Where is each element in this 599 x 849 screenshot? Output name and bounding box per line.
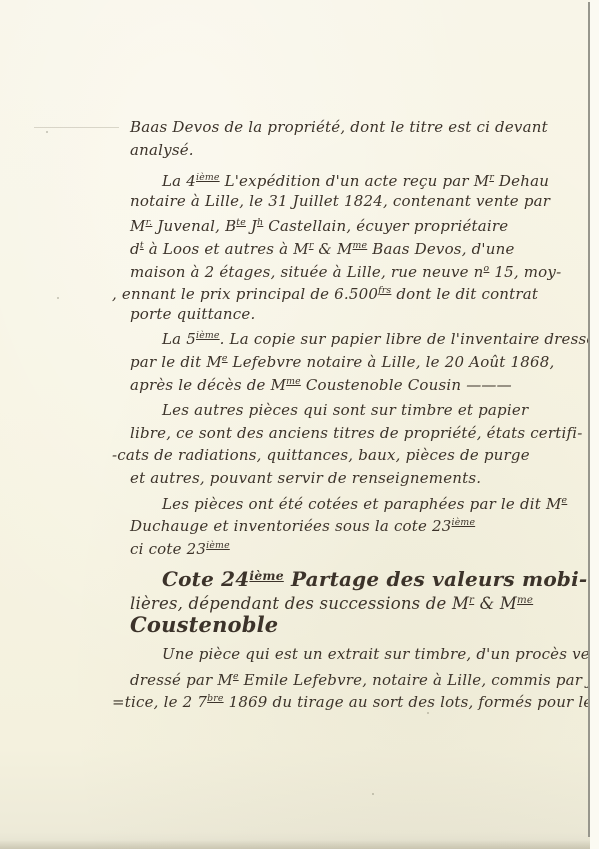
text-segment: & M xyxy=(313,240,352,258)
text-segment: L'expédition d'un acte reçu par M xyxy=(220,172,490,190)
manuscript-line: après le décès de Mme Coustenoble Cousin… xyxy=(130,371,550,394)
text-segment: Castellain, écuyer propriétaire xyxy=(263,217,508,235)
text-segment: La 4 xyxy=(162,172,196,190)
page-edge-line xyxy=(588,2,590,837)
manuscript-line: =tice, le 2 7bre 1869 du tirage au sort … xyxy=(112,688,550,711)
text-segment: Baas Devos de la propriété, dont le titr… xyxy=(130,118,548,136)
text-segment: dont le dit contrat xyxy=(391,285,538,303)
text-segment: ci cote 23 xyxy=(130,540,206,558)
text-segment: à Loos et autres à M xyxy=(144,240,309,258)
manuscript-line: notaire à Lille, le 31 Juillet 1824, con… xyxy=(130,190,550,213)
manuscript-line: Baas Devos de la propriété, dont le titr… xyxy=(130,116,550,139)
manuscript-line: Mr. Juvenal, Bte Jh Castellain, écuyer p… xyxy=(130,212,550,235)
faint-crease-mark xyxy=(34,127,119,128)
text-segment: La 5 xyxy=(162,330,196,348)
text-segment: 1869 du tirage au sort des lots, formés … xyxy=(224,693,593,711)
text-segment: , ennant le prix principal de 6.500 xyxy=(112,285,378,303)
superscript-abbreviation: bre xyxy=(207,693,224,704)
text-segment: Une pièce qui est un extrait sur timbre,… xyxy=(162,645,599,663)
superscript-abbreviation: me xyxy=(517,595,533,606)
text-segment: porte quittance. xyxy=(130,305,255,323)
text-segment: dressé par M xyxy=(130,671,233,689)
page-bottom-shadow xyxy=(0,840,590,849)
superscript-abbreviation: me xyxy=(286,376,301,387)
superscript-abbreviation: me xyxy=(353,240,368,251)
text-segment: Coustenoble xyxy=(130,612,278,637)
text-segment: Dehau xyxy=(494,172,549,190)
manuscript-line: Les pièces ont été cotées et paraphées p… xyxy=(130,490,550,513)
manuscript-paper-page: Baas Devos de la propriété, dont le titr… xyxy=(0,0,599,849)
superscript-abbreviation: ième xyxy=(249,568,283,583)
manuscript-line: ci cote 23ième xyxy=(130,535,550,558)
text-segment: après le décès de M xyxy=(130,376,286,394)
manuscript-line: porte quittance. xyxy=(130,303,550,326)
manuscript-line: La 5ième. La copie sur papier libre de l… xyxy=(130,325,550,348)
text-segment: libre, ce sont des anciens titres de pro… xyxy=(130,424,583,442)
paper-speck xyxy=(372,793,374,795)
paper-speck xyxy=(46,131,48,133)
text-segment: J xyxy=(246,217,257,235)
text-segment: par le dit M xyxy=(130,353,222,371)
manuscript-line: par le dit Me Lefebvre notaire à Lille, … xyxy=(130,348,550,371)
manuscript-line: -cats de radiations, quittances, baux, p… xyxy=(112,444,550,467)
manuscript-line: Les autres pièces qui sont sur timbre et… xyxy=(130,399,550,422)
superscript-abbreviation: ième xyxy=(196,330,220,341)
text-segment: Baas Devos, d'une xyxy=(367,240,514,258)
text-segment: Emile Lefebvre, notaire à Lille, commis … xyxy=(239,671,599,689)
scan-margin xyxy=(590,0,599,849)
text-segment: . La copie sur papier libre de l'inventa… xyxy=(220,330,596,348)
text-segment: Duchauge et inventoriées sous la cote 23 xyxy=(130,517,452,535)
manuscript-line: et autres, pouvant servir de renseigneme… xyxy=(130,467,550,490)
text-segment: Lefebvre notaire à Lille, le 20 Août 186… xyxy=(228,353,555,371)
text-segment: d xyxy=(130,240,140,258)
text-segment: M xyxy=(130,217,146,235)
superscript-abbreviation: frs xyxy=(378,285,391,296)
text-segment: 15, moy- xyxy=(489,263,561,281)
manuscript-line: libre, ce sont des anciens titres de pro… xyxy=(130,422,550,445)
manuscript-line: Cote 24ième Partage des valeurs mobi- xyxy=(130,563,550,589)
manuscript-line: maison à 2 étages, située à Lille, rue n… xyxy=(130,258,550,281)
text-segment: Cote 24 xyxy=(162,567,249,591)
text-segment: Juvenal, B xyxy=(152,217,236,235)
paper-speck xyxy=(57,297,59,299)
text-segment: maison à 2 étages, située à Lille, rue n… xyxy=(130,263,484,281)
manuscript-line: Duchauge et inventoriées sous la cote 23… xyxy=(130,512,550,535)
text-segment: Coustenoble Cousin ——— xyxy=(301,376,512,394)
text-segment: -cats de radiations, quittances, baux, p… xyxy=(112,446,530,464)
superscript-abbreviation: ième xyxy=(452,517,476,528)
manuscript-line: dt à Loos et autres à Mr & Mme Baas Devo… xyxy=(130,235,550,258)
manuscript-line: , ennant le prix principal de 6.500frs d… xyxy=(112,280,550,303)
text-segment: Les pièces ont été cotées et paraphées p… xyxy=(162,495,562,513)
text-segment: Partage des valeurs mobi- xyxy=(284,567,588,591)
manuscript-line: La 4ième L'expédition d'un acte reçu par… xyxy=(130,167,550,190)
text-segment: lières, dépendant des successions de M xyxy=(130,594,469,613)
text-segment: analysé. xyxy=(130,141,194,159)
text-segment: & M xyxy=(474,594,517,613)
text-segment: =tice, le 2 7 xyxy=(112,693,207,711)
manuscript-line: dressé par Me Emile Lefebvre, notaire à … xyxy=(130,666,550,689)
manuscript-text: Baas Devos de la propriété, dont le titr… xyxy=(130,116,550,711)
superscript-abbreviation: te xyxy=(236,217,246,228)
paper-speck xyxy=(427,712,429,714)
superscript-abbreviation: ième xyxy=(206,540,230,551)
manuscript-line: lières, dépendant des successions de Mr … xyxy=(130,589,550,612)
text-segment: Les autres pièces qui sont sur timbre et… xyxy=(162,401,528,419)
text-segment: et autres, pouvant servir de renseigneme… xyxy=(130,469,481,487)
manuscript-line: analysé. xyxy=(130,139,550,162)
manuscript-line: Une pièce qui est un extrait sur timbre,… xyxy=(130,643,550,666)
superscript-abbreviation: ième xyxy=(196,172,220,183)
text-segment: notaire à Lille, le 31 Juillet 1824, con… xyxy=(130,192,550,210)
manuscript-line: Coustenoble xyxy=(130,612,550,637)
superscript-abbreviation: e xyxy=(562,495,568,506)
